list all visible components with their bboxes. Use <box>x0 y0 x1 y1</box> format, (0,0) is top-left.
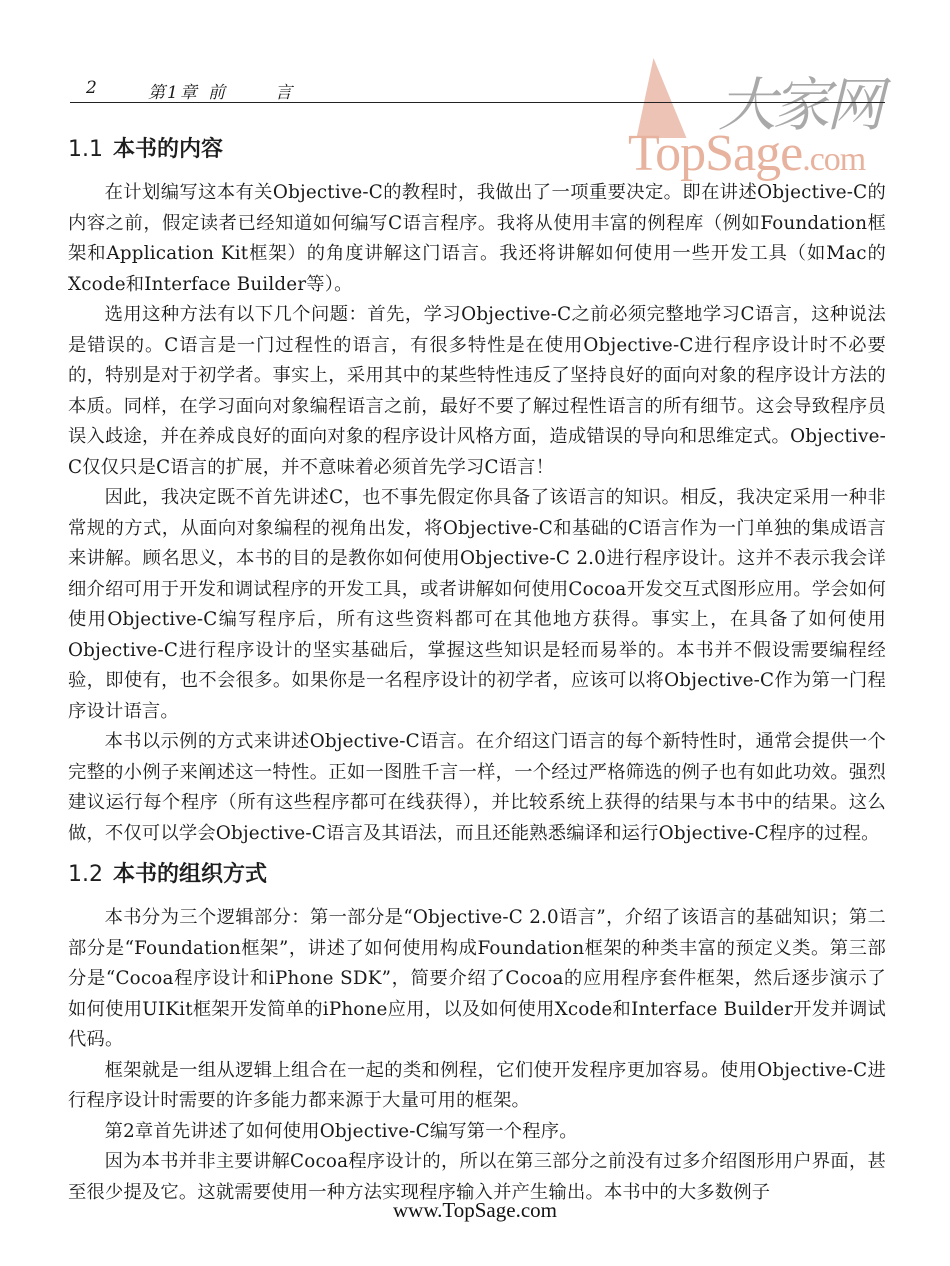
paragraph: 因此，我决定既不首先讲述C，也不事先假定你具备了该语言的知识。相反，我决定采用一… <box>68 483 886 727</box>
paragraph: 本书以示例的方式来讲述Objective-C语言。在介绍这门语言的每个新特性时，… <box>68 727 886 849</box>
section-number: 1.1 <box>68 137 103 162</box>
section-heading-1-1: 1.1本书的内容 <box>68 134 886 166</box>
section-heading-1-2: 1.2本书的组织方式 <box>68 859 886 891</box>
paragraph: 框架就是一组从逻辑上组合在一起的类和例程，它们使开发程序更加容易。使用Objec… <box>68 1056 886 1117</box>
section-number: 1.2 <box>68 862 103 887</box>
footer-url: www.TopSage.com <box>0 1198 950 1223</box>
section-title: 本书的内容 <box>113 137 223 162</box>
paragraph: 在计划编写这本有关Objective-C的教程时，我做出了一项重要决定。即在讲述… <box>68 178 886 300</box>
section-title: 本书的组织方式 <box>113 862 267 887</box>
page-content: 1.1本书的内容 在计划编写这本有关Objective-C的教程时，我做出了一项… <box>68 134 886 1208</box>
chapter-title-char-1: 前 <box>208 78 225 103</box>
page-number: 2 <box>86 78 97 98</box>
chapter-title-char-2: 言 <box>275 78 292 103</box>
paragraph: 第2章首先讲述了如何使用Objective-C编写第一个程序。 <box>68 1117 886 1148</box>
paragraph: 本书分为三个逻辑部分：第一部分是“Objective-C 2.0语言”，介绍了该… <box>68 903 886 1056</box>
chapter-label: 第1章 <box>148 78 199 103</box>
running-head: 2 第1章 前 言 <box>70 78 885 103</box>
paragraph: 选用这种方法有以下几个问题：首先，学习Objective-C之前必须完整地学习C… <box>68 300 886 483</box>
